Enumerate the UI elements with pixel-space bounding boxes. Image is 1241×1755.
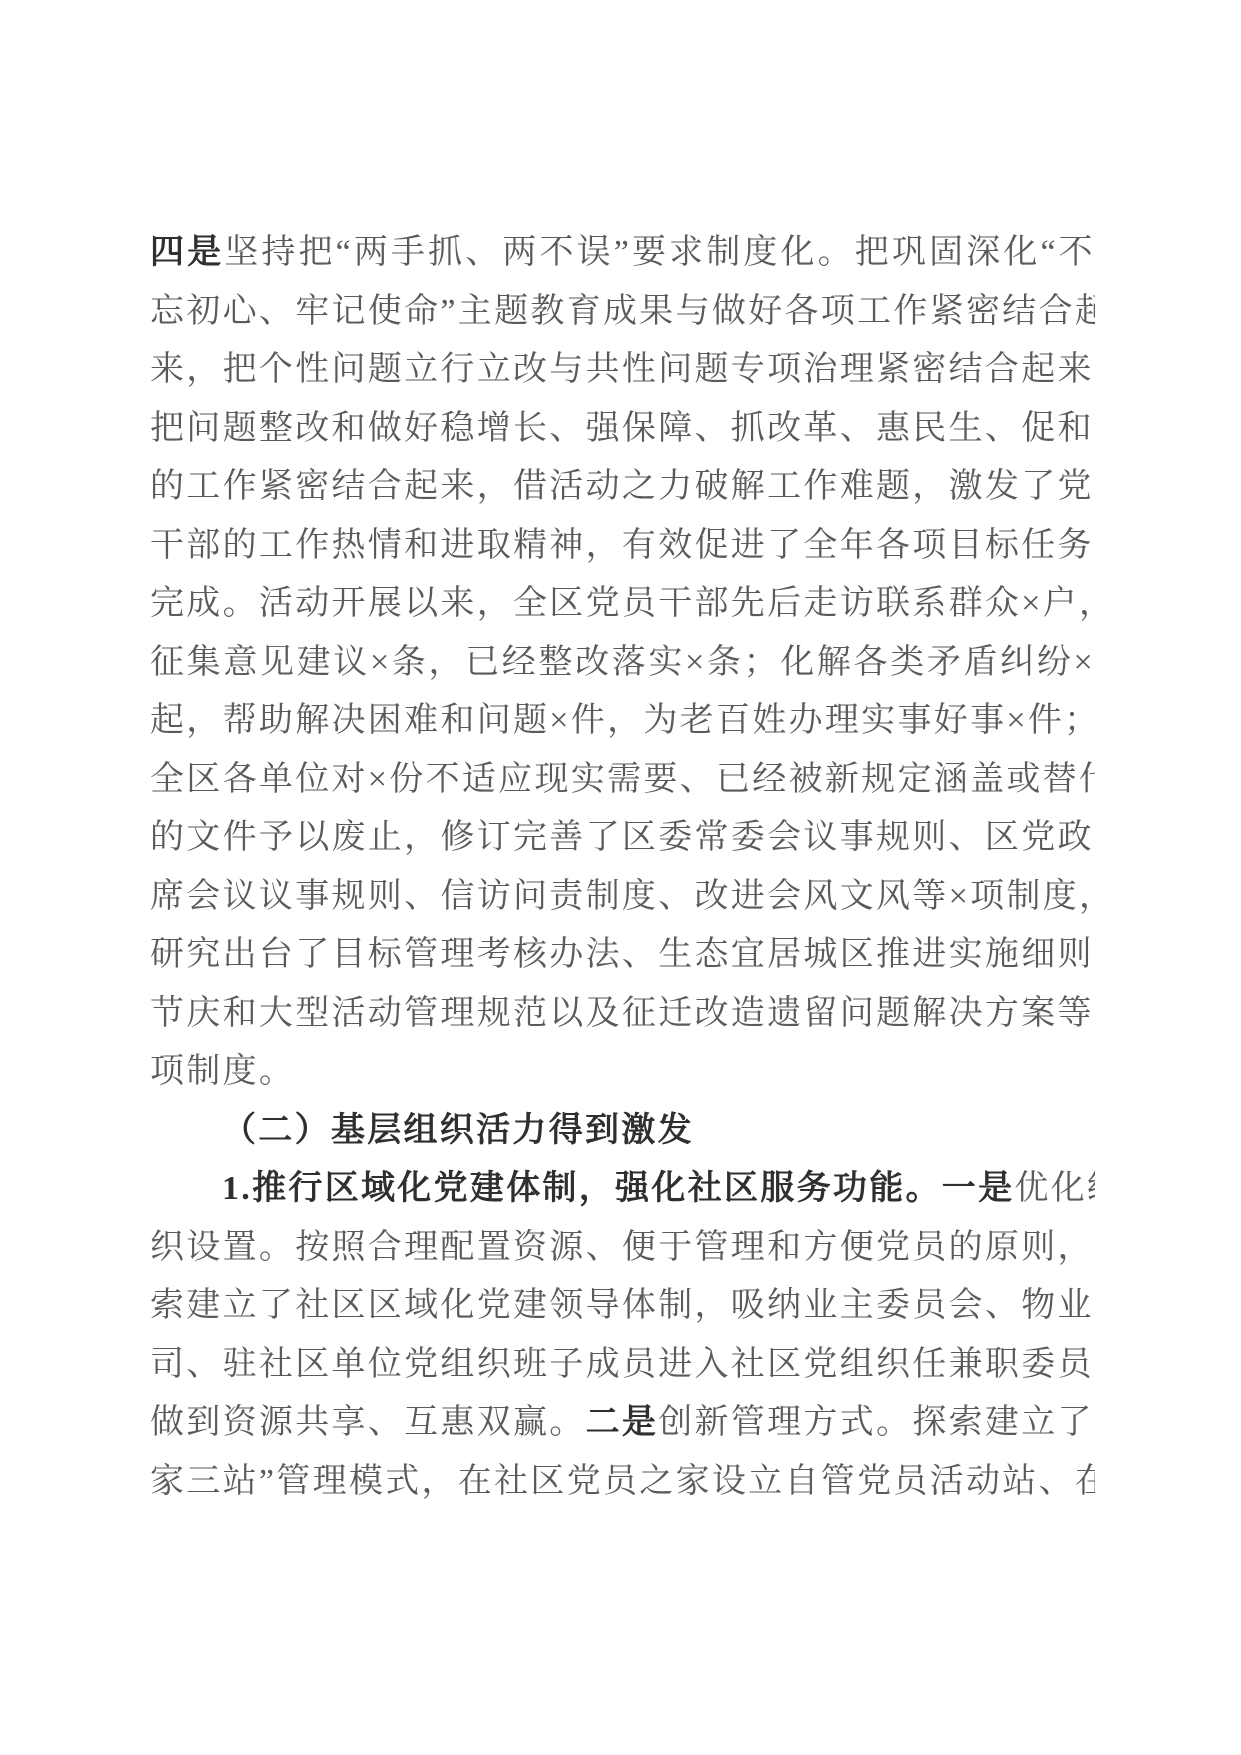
text-segment: 的文件予以废止，修订完善了区委常委会议事规则、区党政联 [150,819,1095,856]
text-segment: 席会议议事规则、信访问责制度、改进会风文风等×项制度， [150,878,1095,915]
text-line: 四是坚持把“两手抓、两不误”要求制度化。把巩固深化“不 [150,224,1095,283]
text-line: 完成。活动开展以来，全区党员干部先后走访联系群众×户， [150,575,1095,634]
text-segment-bold: 二是 [586,1404,659,1441]
text-segment: 节庆和大型活动管理规范以及征迁改造遗留问题解决方案等× [150,995,1095,1032]
text-segment: 来，把个性问题立行立改与共性问题专项治理紧密结合起来， [150,351,1095,388]
text-line: 研究出台了目标管理考核办法、生态宜居城区推进实施细则、 [150,926,1095,985]
text-segment: 忘初心、牢记使命”主题教育成果与做好各项工作紧密结合起 [150,293,1095,330]
text-line: 席会议议事规则、信访问责制度、改进会风文风等×项制度， [150,868,1095,927]
document-page: 四是坚持把“两手抓、两不误”要求制度化。把巩固深化“不忘初心、牢记使命”主题教育… [0,0,1241,1755]
document-content: 四是坚持把“两手抓、两不误”要求制度化。把巩固深化“不忘初心、牢记使命”主题教育… [0,0,1241,1511]
text-segment: 把问题整改和做好稳增长、强保障、抓改革、惠民生、促和谐 [150,410,1095,447]
text-line: 把问题整改和做好稳增长、强保障、抓改革、惠民生、促和谐 [150,400,1095,459]
text-segment: 创新管理方式。探索建立了“一 [658,1404,1095,1441]
text-line: 索建立了社区区域化党建领导体制，吸纳业主委员会、物业公 [150,1277,1095,1336]
text-line: 忘初心、牢记使命”主题教育成果与做好各项工作紧密结合起 [150,283,1095,342]
text-segment: 起，帮助解决困难和问题×件，为老百姓办理实事好事×件； [150,702,1095,739]
text-segment: 做到资源共享、互惠双赢。 [150,1404,586,1441]
text-segment: 坚持把“两手抓、两不误”要求制度化。把巩固深化“不 [224,234,1095,271]
text-segment: 织设置。按照合理配置资源、便于管理和方便党员的原则，探 [150,1229,1095,1266]
text-line: 干部的工作热情和进取精神，有效促进了全年各项目标任务的 [150,517,1095,576]
text-segment-bold: 四是 [150,234,224,271]
text-segment: 家三站”管理模式，在社区党员之家设立自管党员活动站、在 [150,1463,1095,1500]
text-segment: 研究出台了目标管理考核办法、生态宜居城区推进实施细则、 [150,936,1095,973]
text-segment: 索建立了社区区域化党建领导体制，吸纳业主委员会、物业公 [150,1287,1095,1324]
text-line: 全区各单位对×份不适应现实需要、已经被新规定涵盖或替代 [150,751,1095,810]
text-segment: 司、驻社区单位党组织班子成员进入社区党组织任兼职委员， [150,1346,1095,1383]
text-segment: 的工作紧密结合起来，借活动之力破解工作难题，激发了党员 [150,468,1095,505]
text-segment: 征集意见建议×条，已经整改落实×条；化解各类矛盾纠纷× [150,644,1095,681]
text-line: 做到资源共享、互惠双赢。二是创新管理方式。探索建立了“一 [150,1394,1095,1453]
text-segment: 项制度。 [150,1053,295,1090]
text-line: 1.推行区域化党建体制，强化社区服务功能。一是优化组 [150,1160,1095,1219]
text-line: 节庆和大型活动管理规范以及征迁改造遗留问题解决方案等× [150,985,1095,1044]
text-segment: 优化组 [1014,1170,1095,1207]
text-line: 家三站”管理模式，在社区党员之家设立自管党员活动站、在 [150,1453,1095,1512]
text-line: 起，帮助解决困难和问题×件，为老百姓办理实事好事×件； [150,692,1095,751]
text-segment-bold: 1.推行区域化党建体制，强化社区服务功能。一是 [222,1170,1014,1207]
text-segment: 干部的工作热情和进取精神，有效促进了全年各项目标任务的 [150,527,1095,564]
text-line: 征集意见建议×条，已经整改落实×条；化解各类矛盾纠纷× [150,634,1095,693]
text-line: 的工作紧密结合起来，借活动之力破解工作难题，激发了党员 [150,458,1095,517]
text-line: 织设置。按照合理配置资源、便于管理和方便党员的原则，探 [150,1219,1095,1278]
text-line: 的文件予以废止，修订完善了区委常委会议事规则、区党政联 [150,809,1095,868]
text-segment: 完成。活动开展以来，全区党员干部先后走访联系群众×户， [150,585,1095,622]
text-segment: 全区各单位对×份不适应现实需要、已经被新规定涵盖或替代 [150,761,1095,798]
text-line: （二）基层组织活力得到激发 [150,1102,1095,1161]
text-line: 司、驻社区单位党组织班子成员进入社区党组织任兼职委员， [150,1336,1095,1395]
text-line: 来，把个性问题立行立改与共性问题专项治理紧密结合起来， [150,341,1095,400]
text-segment-bold: （二）基层组织活力得到激发 [222,1112,694,1149]
text-line: 项制度。 [150,1043,1095,1102]
